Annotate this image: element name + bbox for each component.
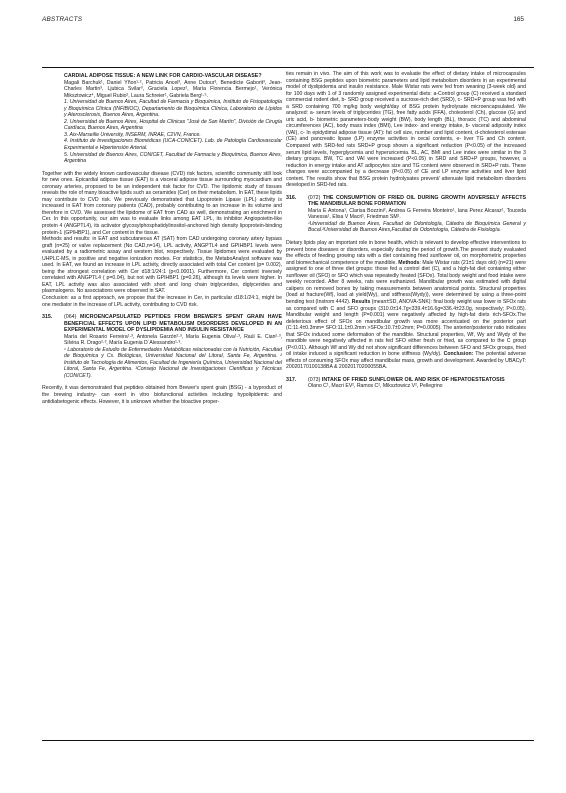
abstract-affiliations: ¹Universidad de Buenos Aires, Facultad d… [308, 221, 526, 234]
affiliation-2: 2. Universidad de Buenos Aires, Hospital… [64, 119, 282, 132]
abstract-body: Recently, it was demonstrated that pepti… [42, 385, 282, 405]
body-paragraph-conclusion: Conclusion: as a first approach, we prop… [42, 295, 282, 308]
top-rule [42, 67, 534, 68]
results-label: Results [352, 299, 371, 305]
methods-label: Methods [398, 260, 419, 266]
affiliation-5: 5. Universidad de Buenos Aires, CONICET,… [64, 152, 282, 165]
running-header: ABSTRACTS 165 [42, 16, 532, 28]
body-paragraph: Dietary lipids play an important role in… [286, 240, 526, 371]
abstract-title: THE CONSUMPTION OF FRIED OIL DURING GROW… [308, 195, 526, 208]
abstract-title: CARDIAL ADIPOSE TISSUE: A NEW LINK FOR C… [64, 73, 282, 80]
bottom-rule [42, 740, 534, 741]
abstract-number-spacer [42, 73, 64, 165]
conclusion-label: Conclusion: [444, 351, 474, 357]
results-text: (mean±SD, ANOVA-SNK): final body weight … [286, 299, 526, 357]
abstract-code: (073) [308, 377, 320, 383]
body-paragraph-intro: Together with the widely known cardiovas… [42, 171, 282, 236]
abstract-315-continued: ties remain in vivo. The aim of this wor… [286, 71, 526, 189]
abstract-authors: María del Rosario Ferreira¹·³, Antonela … [64, 334, 282, 347]
abstract-code: (072) [308, 195, 320, 201]
body-paragraph: Recently, it was demonstrated that pepti… [42, 385, 282, 405]
abstract-number: 315. [42, 314, 64, 379]
abstract-authors: Magali Barchuk¹, Daniel Yñon¹·², Patrici… [64, 80, 282, 100]
abstract-cardial-header: CARDIAL ADIPOSE TISSUE: A NEW LINK FOR C… [42, 73, 282, 165]
abstract-316-header: 316. (072) THE CONSUMPTION OF FRIED OIL … [286, 195, 526, 234]
abstract-number: 317. [286, 377, 308, 390]
running-title: ABSTRACTS [42, 16, 82, 23]
abstract-authors: Olano C¹, Macri EV², Ramos C², Miksztowi… [308, 383, 526, 390]
abstract-title: INTAKE OF FRIED SUNFLOWER OIL AND RISK O… [322, 377, 505, 383]
right-column: ties remain in vivo. The aim of this wor… [286, 71, 526, 390]
left-column: CARDIAL ADIPOSE TISSUE: A NEW LINK FOR C… [42, 73, 282, 405]
abstract-authors: María E Antona¹, Clarisa Bozzini², Andre… [308, 208, 526, 221]
affiliation-1: 1. Universidad de Buenos Aires, Facultad… [64, 99, 282, 119]
affiliation-4: 4. Instituto de Investigaciones Biomédic… [64, 138, 282, 151]
abstract-315-header: 315. (064) MICROENCAPSULATED PEPTIDES FR… [42, 314, 282, 379]
abstract-body: Together with the widely known cardiovas… [42, 171, 282, 308]
abstract-affiliations: ¹ Laboratorio de Estudio de Enfermedades… [64, 347, 282, 380]
abstract-code: (064) [64, 314, 76, 320]
abstract-affiliations: 1. Universidad de Buenos Aires, Facultad… [64, 99, 282, 164]
abstract-number: 316. [286, 195, 308, 234]
body-paragraph-methods: Methods and results: in EAT and subcutan… [42, 236, 282, 295]
abstract-title: MICROENCAPSULATED PEPTIDES FROM BREWER'S… [64, 314, 282, 333]
abstract-body: Dietary lipids play an important role in… [286, 240, 526, 371]
abstract-317-header: 317. (073) INTAKE OF FRIED SUNFLOWER OIL… [286, 377, 526, 390]
page-number: 165 [513, 16, 524, 23]
